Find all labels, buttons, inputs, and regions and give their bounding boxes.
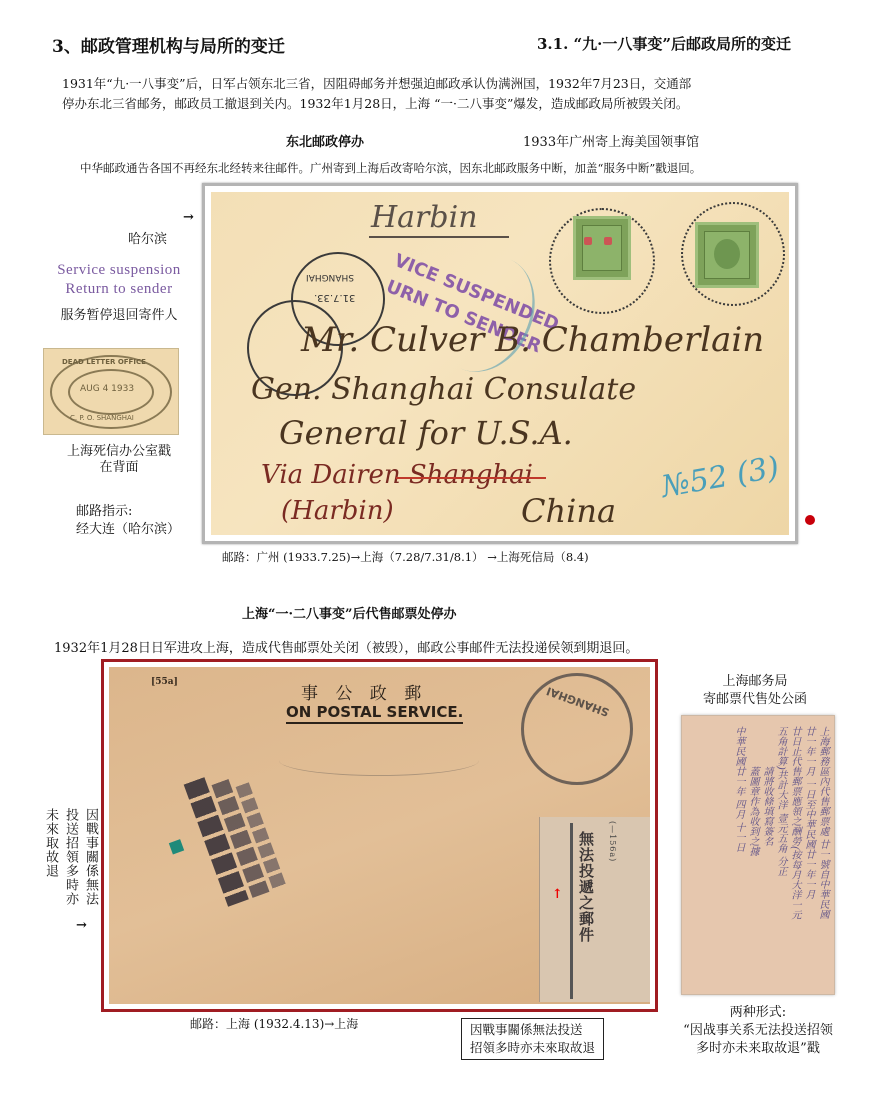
letter-text: 上海郵務區內代售郵票處 廿一號自中華民國 廿一年一月 一日至中華民國廿一年一月 … bbox=[723, 726, 828, 988]
letter-column-1: 上海郵務區內代售郵票處 廿一號自中華民國 bbox=[817, 726, 828, 988]
address-line-1: Mr. Culver B. Chamberlain bbox=[301, 320, 764, 360]
dead-letter-caption-1: 上海死信办公室戳 bbox=[40, 444, 198, 460]
vertical-column-2: 投送招領多時亦 bbox=[62, 808, 78, 918]
dead-letter-caption-2: 在背面 bbox=[40, 460, 198, 476]
handwriting-address bbox=[279, 745, 479, 776]
cover-1-envelope: Harbin SHANGHAI 31.7.33. VICE SUSPENDED … bbox=[211, 192, 789, 535]
exhibit1-description: 中华邮政通告各国不再经东北经转来往邮件。广州寄到上海后改寄哈尔滨，因东北邮政服务… bbox=[80, 160, 701, 176]
intro-line-1: 1931年“九·一八事变”后，日军占领东北三省，因阻碍邮务并想强迫邮政承认伪满洲… bbox=[62, 74, 842, 94]
label-return-to-sender: Return to sender bbox=[40, 281, 198, 298]
cover-title-cn: 事 公 政 郵 bbox=[301, 679, 427, 704]
exhibit1-route: 邮路：广州 (1933.7.25)→上海（7.28/7.31/8.1） →上海死… bbox=[222, 549, 589, 565]
blue-number-mark: №52 (3) bbox=[659, 450, 782, 505]
war-return-handstamp bbox=[137, 761, 298, 934]
postmark-shanghai-text: SHANGHAI bbox=[306, 272, 354, 282]
official-letter-image: 上海郵務區內代售郵票處 廿一號自中華民國 廿一年一月 一日至中華民國廿一年一月 … bbox=[681, 715, 835, 995]
cover-title-en: ON POSTAL SERVICE. bbox=[286, 703, 463, 724]
dead-letter-caption: 上海死信办公室戳 在背面 bbox=[40, 444, 198, 476]
intro-paragraph: 1931年“九·一八事变”后，日军占领东北三省，因阻碍邮务并想强迫邮政承认伪满洲… bbox=[62, 74, 842, 114]
strikethrough-shanghai bbox=[396, 477, 546, 479]
vertical-label-arrow: → bbox=[76, 918, 87, 933]
routing-value: 经大连（哈尔滨） bbox=[76, 518, 180, 537]
marker-dot bbox=[805, 515, 815, 525]
label-text: 無法投遞之郵件 bbox=[578, 831, 594, 943]
dead-letter-stamp-image: DEAD LETTER OFFICE AUG 4 1933 C. P. O. S… bbox=[43, 348, 179, 435]
stamp-1 bbox=[573, 216, 631, 280]
address-line-5: (Harbin) bbox=[281, 496, 394, 526]
letter-caption: 上海邮务局 寄邮票代售处公函 bbox=[680, 673, 830, 709]
harbin-arrow: → bbox=[183, 210, 194, 225]
catalog-number: [55a] bbox=[151, 677, 178, 687]
boxed-line-2: 招領多時亦未來取故退 bbox=[470, 1039, 595, 1057]
exhibit1-heading: 东北邮政停办 bbox=[286, 131, 364, 150]
forms-caption-1: 两种形式: bbox=[668, 1004, 848, 1022]
exhibit2-route: 邮路：上海 (1932.4.13)→上海 bbox=[190, 1015, 358, 1032]
handwritten-harbin: Harbin bbox=[371, 200, 478, 235]
vertical-column-3: 未來取故退 bbox=[42, 808, 58, 918]
exhibit1-subheading: 1933年广州寄上海美国领事馆 bbox=[523, 131, 699, 150]
boxed-inscription: 因戰事關係無法投送 招領多時亦未來取故退 bbox=[461, 1018, 604, 1060]
routing-label: 邮路指示: bbox=[76, 500, 132, 519]
letter-column-6: 蓋圖章作為收到之據 bbox=[747, 766, 758, 988]
address-line-6: China bbox=[521, 492, 616, 530]
letter-caption-1: 上海邮务局 bbox=[680, 673, 830, 691]
cover-1-frame: Harbin SHANGHAI 31.7.33. VICE SUSPENDED … bbox=[202, 183, 798, 544]
label-service-suspension: Service suspension bbox=[40, 262, 198, 279]
dead-letter-bottom-text: C. P. O. SHANGHAI bbox=[70, 414, 134, 422]
subsection-title: 3.1. “九·一八事变”后邮政局所的变迁 bbox=[537, 33, 791, 54]
dead-letter-top-text: DEAD LETTER OFFICE bbox=[62, 358, 146, 366]
undeliverable-label: 無法投遞之郵件 (—156a) ↑ bbox=[539, 817, 650, 1002]
boxed-line-1: 因戰事關係無法投送 bbox=[470, 1021, 595, 1039]
letter-column-4: 五角計算)共計大洋 壹元五角 分正 bbox=[775, 726, 786, 988]
blue-crayon-mark bbox=[418, 240, 553, 388]
cover-2-frame: [55a] 事 公 政 郵 ON POSTAL SERVICE. SHANGHA… bbox=[101, 659, 658, 1012]
cover-2-envelope: [55a] 事 公 政 郵 ON POSTAL SERVICE. SHANGHA… bbox=[109, 667, 650, 1004]
letter-column-2: 廿一年一月 一日至中華民國廿一年一月 bbox=[803, 726, 814, 988]
section-title: 3、邮政管理机构与局所的变迁 bbox=[52, 32, 285, 57]
exhibit2-route-text: 邮路：上海 (1932.4.13)→上海 bbox=[190, 1017, 358, 1031]
label-harbin: 哈尔滨 bbox=[128, 228, 167, 247]
red-arrow-icon: ↑ bbox=[552, 887, 563, 902]
address-line-2: Gen. Shanghai Consulate bbox=[251, 372, 636, 407]
postmark-date: 31.7.33. bbox=[314, 292, 355, 303]
exhibit2-heading: 上海“一·二八事变”后代售邮票处停办 bbox=[242, 603, 456, 622]
vertical-column-1: 因戰事關係無法 bbox=[82, 808, 98, 918]
forms-caption-2: “因战事关系无法投送招领 bbox=[668, 1022, 848, 1040]
letter-column-7: 中華民國廿一年 四月 十一日 bbox=[733, 726, 744, 988]
letter-caption-2: 寄邮票代售处公函 bbox=[680, 691, 830, 709]
label-code: (—156a) bbox=[604, 821, 620, 862]
cover2-postmark bbox=[521, 673, 633, 785]
address-line-4: Via Dairen Shanghai bbox=[261, 460, 533, 490]
forms-caption-3: 多时亦未来取故退”戳 bbox=[668, 1040, 848, 1058]
exhibit2-description: 1932年1月28日日军进攻上海，造成代售邮票处关闭（被毁），邮政公事邮件无法投… bbox=[54, 637, 638, 656]
forms-caption: 两种形式: “因战事关系无法投送招领 多时亦未来取故退”戳 bbox=[668, 1004, 848, 1058]
dead-letter-date: AUG 4 1933 bbox=[80, 384, 134, 394]
letter-column-3: 廿日止代售郵票應領之酬勞(按每月大洋一元 bbox=[789, 726, 800, 988]
letter-column-5: 請將收條填寫簽名 bbox=[761, 766, 772, 988]
intro-line-2: 停办东北三省邮务，邮政员工撤退到关内。1932年1月28日，上海 “一·二八事变… bbox=[62, 94, 842, 114]
vertical-label: 因戰事關係無法 投送招領多時亦 未來取故退 bbox=[42, 808, 98, 918]
address-line-3: General for U.S.A. bbox=[279, 414, 573, 452]
harbin-underline bbox=[369, 236, 509, 238]
stamp-2 bbox=[695, 222, 759, 288]
label-service-suspension-cn: 服务暂停退回寄件人 bbox=[40, 304, 198, 323]
